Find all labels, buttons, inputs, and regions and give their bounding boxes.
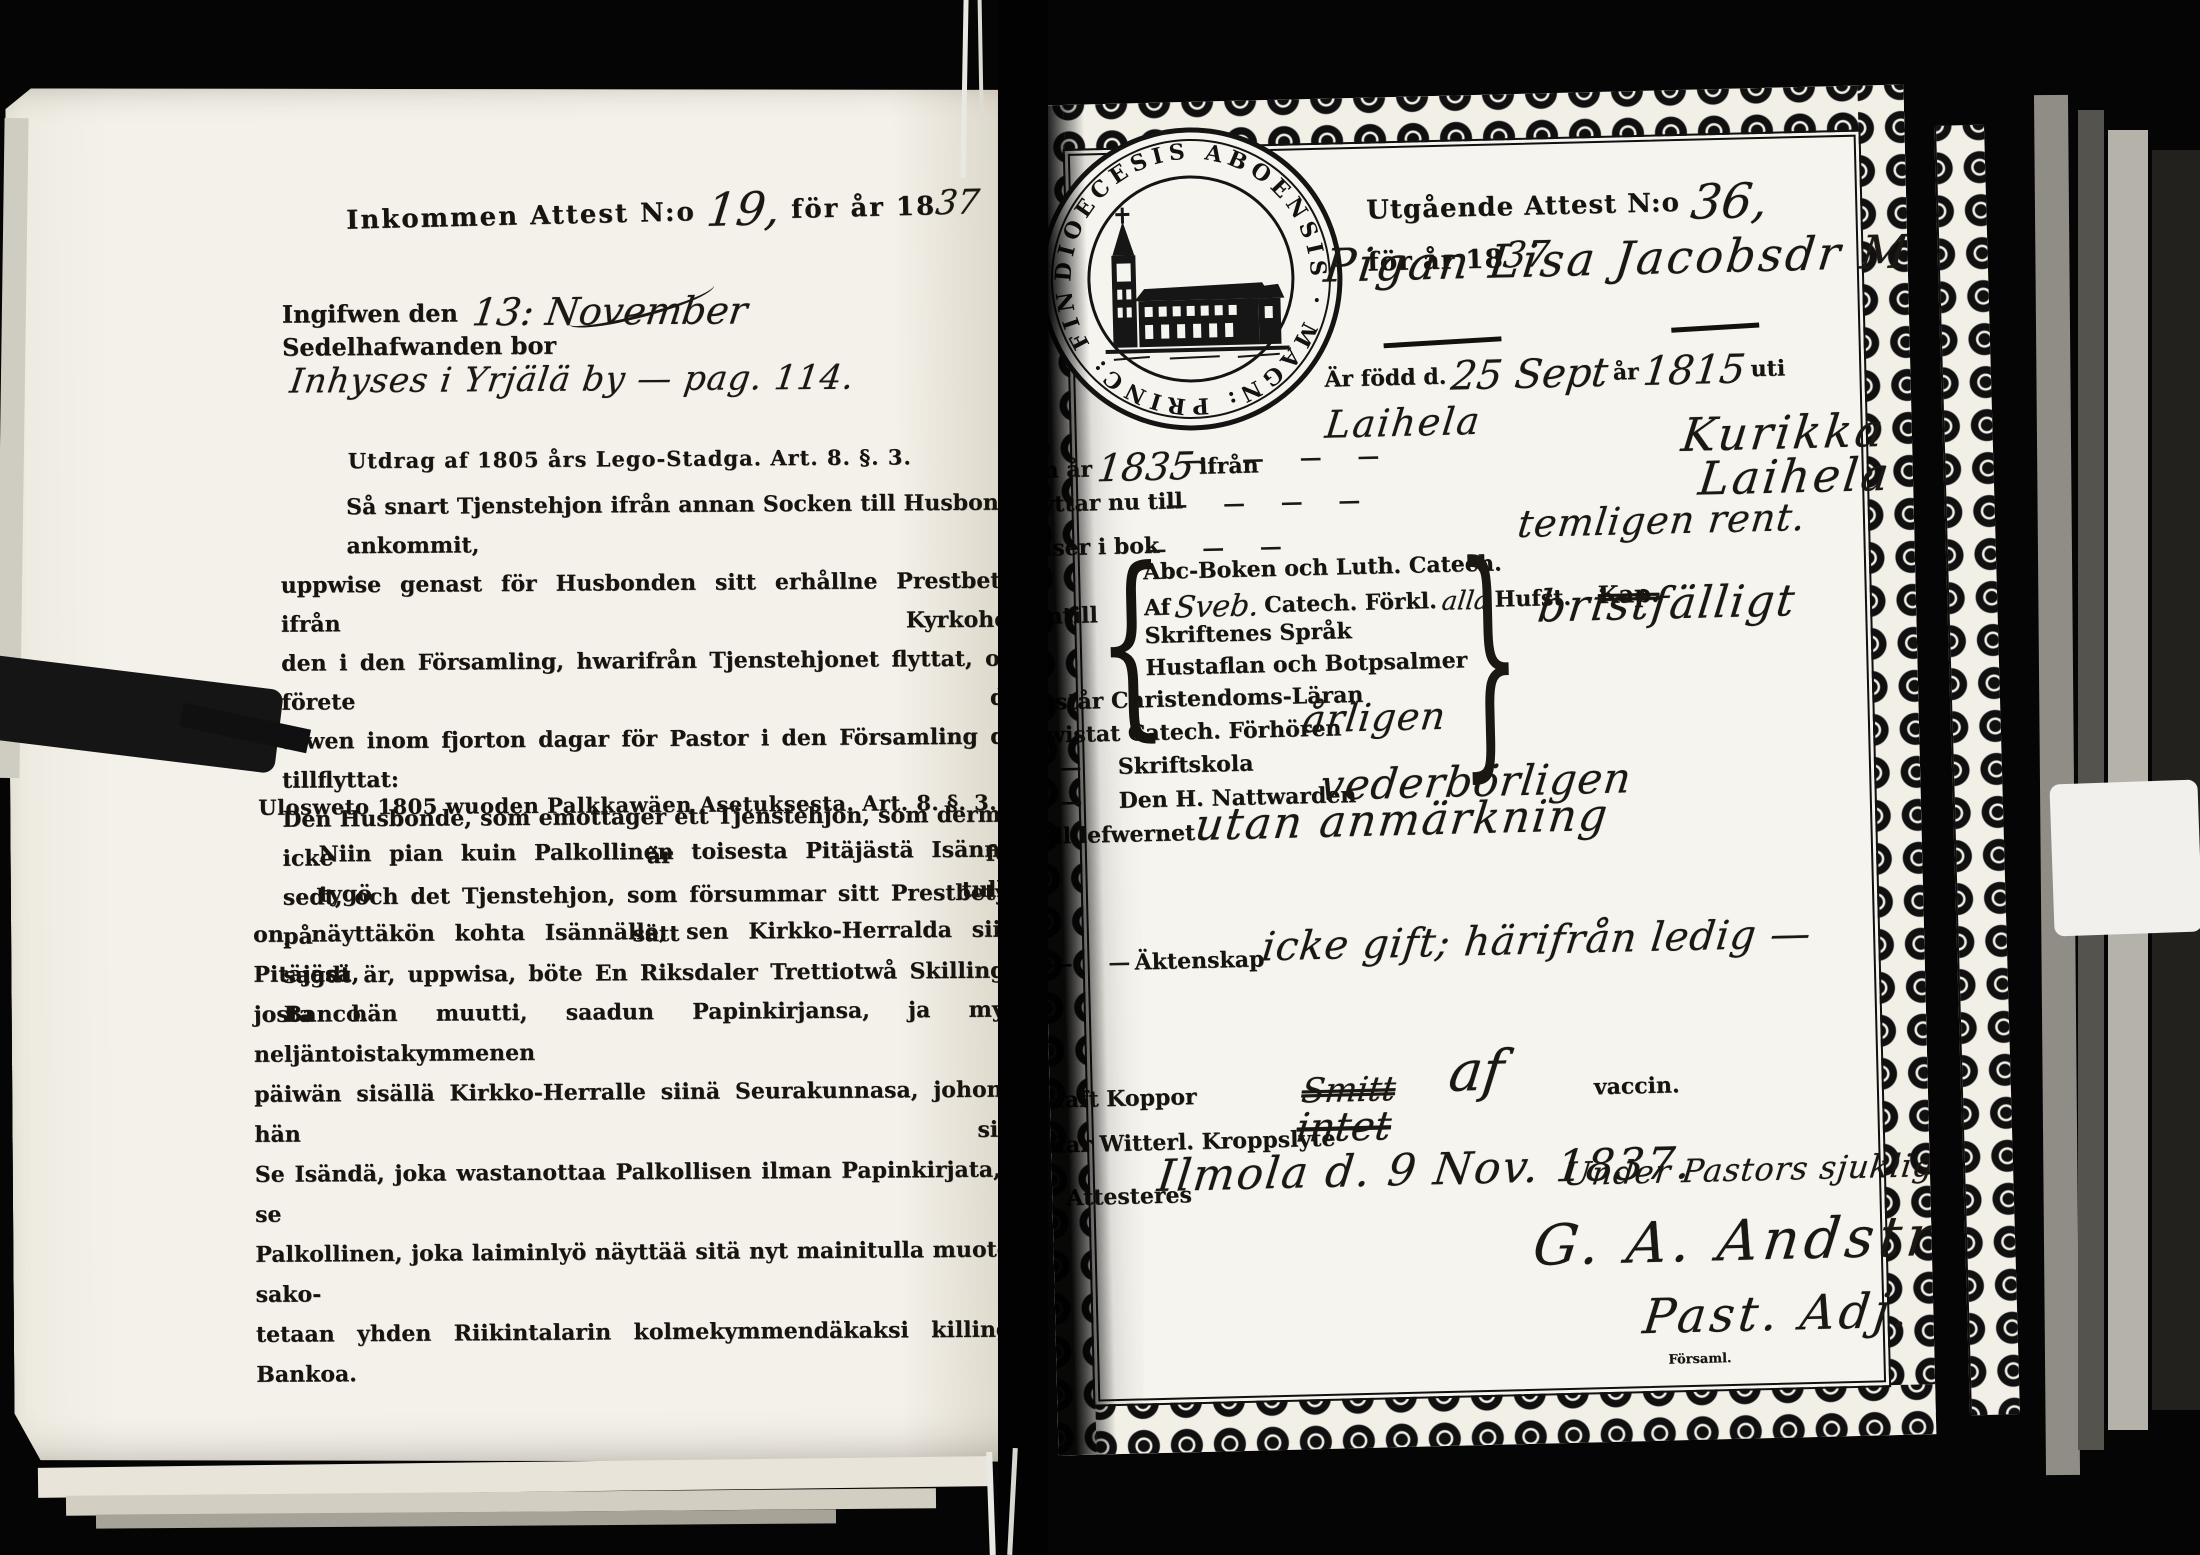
- paragraph-line: josta hän muutti, saadun Papinkirjansa, …: [254, 989, 1033, 1074]
- book-fore-edge: [2108, 130, 2148, 1430]
- photographed-parish-register-spread: Inkommen Attest N:o 19, för år 1837 Ingi…: [0, 0, 2200, 1555]
- paragraph-line: tetaan yhden Riikintalarin kolmekymmendä…: [256, 1309, 1035, 1394]
- catechism-meetings-value: årligen: [1300, 694, 1448, 742]
- paragraph-line: Niin pian kuin Palkollinen toisesta Pitä…: [252, 829, 1031, 914]
- birth-label: Är född d.: [1324, 364, 1447, 393]
- book-fore-edge: [2078, 110, 2104, 1450]
- finnish-statute-heading: Ulosweto 1805 wuoden Palkkawäen Asetukse…: [258, 790, 997, 820]
- fill-dashes: — — — —: [1184, 443, 1394, 474]
- holder-residence-value: Inhyses i Yrjälä by — pag. 114.: [288, 358, 857, 402]
- memorized-item-3: Skriftenes Språk: [1144, 618, 1352, 649]
- incoming-attest-line: Inkommen Attest N:o 19, för år 1837: [346, 176, 981, 245]
- memorized-item-2-mid: Catech. Förkl.: [1264, 588, 1437, 618]
- conduct-value: utan anmärkning: [1192, 790, 1612, 851]
- fill-dashes: — — — —: [1165, 488, 1375, 519]
- memorized-grade: bristfälligt: [1535, 575, 1799, 632]
- outgoing-attest-label: Utgående Attest N:o: [1366, 188, 1680, 226]
- paragraph-line: den i den Församling, hwarifrån Tjensteh…: [281, 639, 1030, 722]
- finnish-statute-paragraph: Niin pian kuin Palkollinen toisesta Pitä…: [252, 829, 1034, 1394]
- smallpox-hand-word: af: [1446, 1038, 1508, 1105]
- printers-footnote: Församl.: [1668, 1351, 1731, 1368]
- birth-year: 1815: [1641, 346, 1748, 395]
- marriage-label: Äktenskap: [1134, 946, 1264, 975]
- paragraph-line: äfwen inom fjorton dagar för Pastor i de…: [282, 717, 1031, 800]
- page-clip: [2049, 779, 2200, 936]
- binding-thread: [986, 1452, 996, 1555]
- signature-title: Past. Adj.: [1640, 1283, 1915, 1346]
- deformity-value: intet: [1294, 1103, 1394, 1151]
- birth-place-label: uti: [1750, 355, 1785, 382]
- holder-residence-line: Sedelhafwanden bor Inhyses i Yrjälä by —…: [282, 327, 1037, 401]
- incoming-attest-label: Inkommen Attest N:o: [346, 197, 696, 236]
- paragraph-line: päiwän sisällä Kirkko-Herralle siinä Seu…: [254, 1069, 1033, 1154]
- smallpox-vaccine-label: vaccin.: [1593, 1072, 1679, 1100]
- signature-name: G. A. Andstrand: [1530, 1201, 1936, 1279]
- birth-year-label: år: [1613, 359, 1639, 386]
- left-page: Inkommen Attest N:o 19, för år 1837 Ingi…: [5, 81, 1045, 1468]
- paragraph-line: on, näyttäkön kohta Isännälle, sen Kirkk…: [253, 909, 1032, 994]
- given-date-label: Ingifwen den: [282, 298, 458, 328]
- paragraph-line: Palkollinen, joka laiminlyö näyttää sitä…: [255, 1229, 1034, 1314]
- paragraph-line: uppwise genast för Husbonden sitt erhåll…: [281, 561, 1030, 644]
- incoming-attest-year-printed: för år 18: [791, 191, 937, 225]
- outgoing-attest-number: 36,: [1688, 173, 1771, 231]
- birth-place: Laihela: [1323, 399, 1484, 447]
- holder-residence-label: Sedelhafwanden bor: [282, 331, 556, 362]
- confirmation-school-label: Skriftskola: [1117, 751, 1253, 780]
- swedish-statute-heading: Utdrag af 1805 års Lego-Stadga. Art. 8. …: [348, 444, 912, 473]
- paragraph-line: Se Isändä, joka wastanottaa Palkollisen …: [255, 1149, 1034, 1234]
- right-page: DIOECESIS ABOENSIS · MAGN: PRINC: FINL:: [1026, 84, 1937, 1455]
- reading-skill-value: temligen rent.: [1515, 495, 1808, 546]
- paragraph-line: Så snart Tjenstehjon ifrån annan Socken …: [280, 483, 1029, 566]
- memorized-item-2-pre: Af: [1144, 595, 1171, 622]
- incoming-attest-number: 19,: [704, 181, 783, 237]
- underlying-page-border-icon: [1934, 125, 2020, 1416]
- incoming-attest-year-hand: 37: [934, 182, 982, 223]
- moved-from-year: 1835: [1095, 444, 1197, 491]
- closing-brace: }: [1454, 532, 1524, 783]
- book-gutter: [998, 0, 1048, 1555]
- birth-day: 25 Sept: [1449, 350, 1611, 400]
